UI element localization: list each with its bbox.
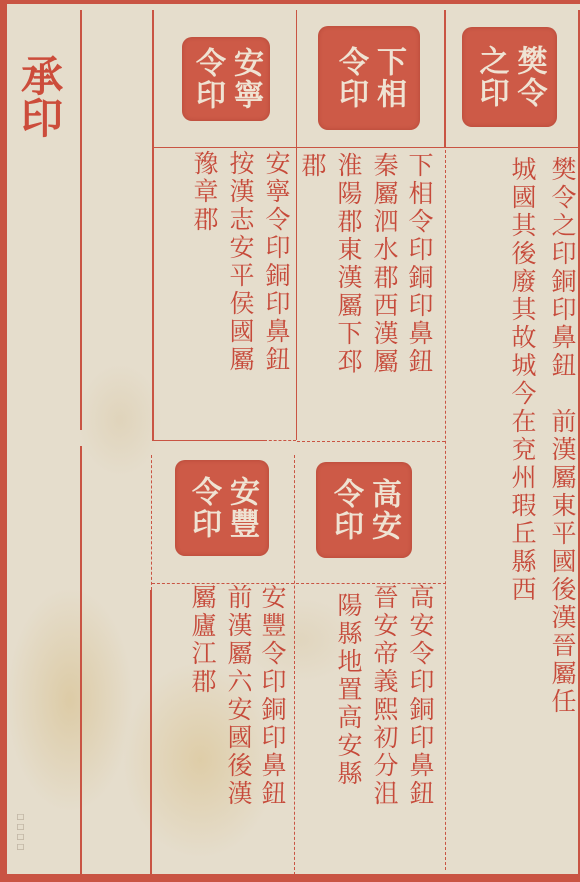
seal-xiaxiang: 下相 令印 (318, 26, 420, 130)
seal-gaoan: 高安 令印 (316, 462, 412, 558)
seal-xiaxiang-col-2: 令印 (331, 34, 369, 122)
seal-anfeng-col-2: 令印 (184, 468, 222, 548)
upper-row-divider-left (152, 147, 296, 148)
entry-anning-col-1: 安寧令印銅印鼻鈕 (262, 150, 290, 374)
mid-row-divider-right-dashed (297, 441, 445, 442)
lower-col-divider-left (151, 455, 152, 590)
entry-xiaxiang-col-4: 郡 (298, 152, 326, 180)
col-divider-right-upper (444, 10, 446, 148)
seal-gaoan-col-1: 高安 (364, 470, 402, 550)
seal-fanling-col-2: 之印 (472, 35, 510, 119)
mid-row-divider-left (152, 440, 264, 441)
seal-fanling: 樊令 之印 (462, 27, 557, 127)
document-page: 承印 樊令 之印 樊令之印銅印鼻鈕 前漢屬東平國後漢晉屬任 城國其後廢其故城今在… (0, 0, 580, 882)
margin-rule-1b (80, 446, 82, 874)
frame-bottom-border (0, 874, 580, 882)
entry-xiaxiang-col-2: 秦屬泗水郡西漢屬 (370, 152, 398, 376)
margin-rule-2 (152, 10, 154, 440)
entry-anning-col-3: 豫章郡 (190, 150, 218, 234)
seal-anning: 安寧 令印 (182, 37, 270, 121)
margin-rule-1 (80, 10, 82, 430)
mid-row-divider-left-dashed (264, 440, 296, 441)
page-title: 承印 (14, 54, 64, 138)
frame-top-border (0, 0, 580, 4)
entry-anfeng-col-2: 前漢屬六安國後漢 (224, 584, 252, 808)
lower-col-divider-mid (294, 455, 295, 875)
entry-anfeng-col-1: 安豐令印銅印鼻鈕 (258, 584, 286, 808)
col-divider-mid (296, 10, 297, 440)
seal-anfeng: 安豐 令印 (175, 460, 269, 556)
collector-mark: □□□□ (16, 812, 25, 852)
seal-anfeng-col-1: 安豐 (222, 468, 260, 548)
frame-left-border (0, 0, 7, 882)
col-divider-right-dashed (445, 150, 446, 870)
entry-gaoan-col-3: 陽縣地置高安縣 (334, 592, 362, 788)
seal-anning-col-2: 令印 (188, 45, 226, 113)
entry-gaoan-col-2: 晉安帝義熙初分沮 (370, 584, 398, 808)
entry-fanling-col-2: 城國其後廢其故城今在兗州瑕丘縣西 (508, 156, 536, 604)
margin-rule-2b (150, 590, 152, 874)
entry-fanling-col-1: 樊令之印銅印鼻鈕 前漢屬東平國後漢晉屬任 (548, 156, 576, 716)
entry-xiaxiang-col-1: 下相令印銅印鼻鈕 (405, 152, 433, 376)
entry-xiaxiang-col-3: 淮陽郡東漢屬下邳 (334, 152, 362, 376)
seal-gaoan-col-2: 令印 (326, 470, 364, 550)
entry-anfeng-col-3: 屬廬江郡 (188, 584, 216, 696)
upper-row-divider-right (445, 147, 580, 148)
seal-fanling-col-1: 樊令 (510, 35, 548, 119)
seal-xiaxiang-col-1: 下相 (369, 34, 407, 122)
entry-anning-col-2: 按漢志安平侯國屬 (226, 150, 254, 374)
entry-gaoan-col-1: 高安令印銅印鼻鈕 (406, 584, 434, 808)
seal-anning-col-1: 安寧 (226, 45, 264, 113)
upper-row-divider-mid (297, 147, 445, 148)
